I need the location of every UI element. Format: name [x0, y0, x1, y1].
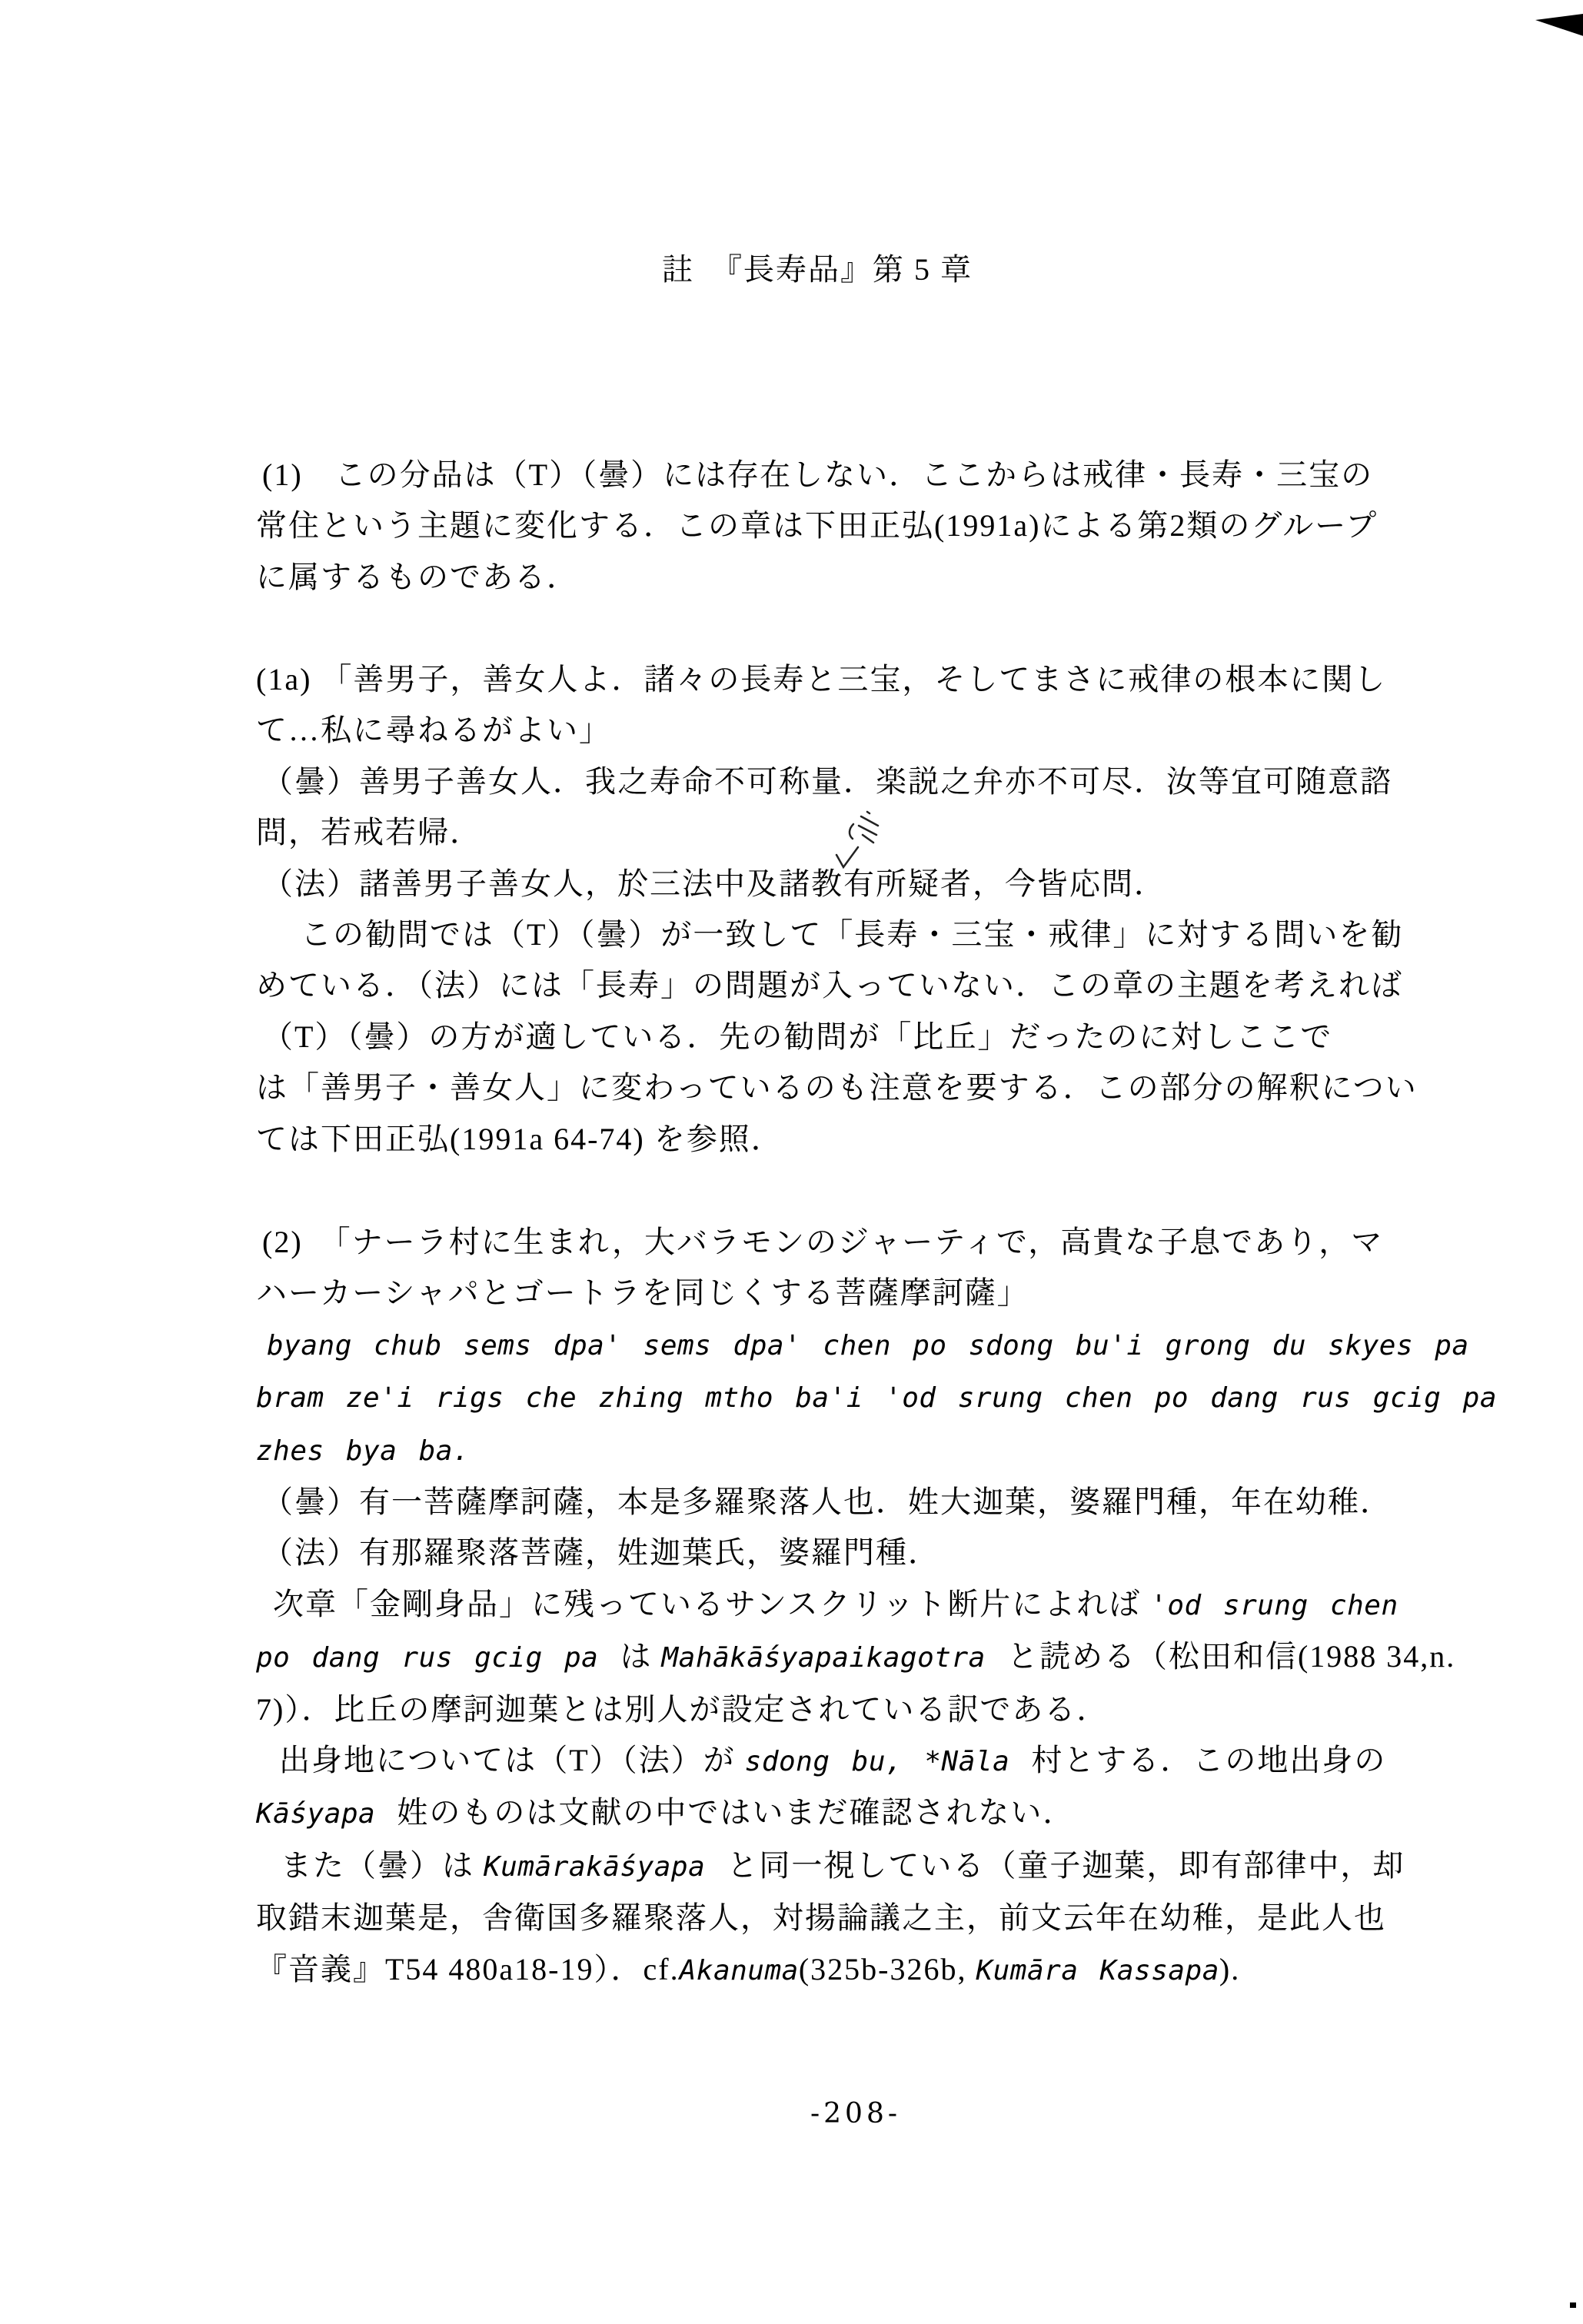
text-segment: zhes bya ba.: [256, 1435, 470, 1467]
text-segment: ハーカーシャパとゴートラを同じくする菩薩摩訶薩」: [256, 1275, 1029, 1310]
text-segment: （T）（曇）の方が適している．先の勧問が「比丘」だったのに対しここで: [262, 1019, 1332, 1054]
text-segment: 姓のものは文献の中ではいまだ確認されない．: [397, 1795, 1075, 1830]
text-line: ハーカーシャパとゴートラを同じくする菩薩摩訶薩」: [256, 1268, 1475, 1318]
page-title: 註 『長寿品』第 5 章: [241, 244, 1394, 295]
text-segment: po dang rus gcig pa: [256, 1642, 620, 1674]
text-segment: sdong bu, *Nāla: [745, 1746, 1032, 1777]
text-segment: めている．（法）には「長寿」の問題が入っていない．この章の主題を考えれば: [256, 968, 1403, 1002]
text-line: 常住という主題に変化する．この章は下田正弘(1991a)による第2類のグループ: [256, 500, 1475, 551]
text-line: (1a) 「善男子，善女人よ．諸々の長寿と三宝，そしてまさに戒律の根本に関し: [256, 654, 1475, 705]
note-1-paragraph: (1) この分品は（T）（曇）には存在しない．ここからは戒律・長寿・三宝の常住と…: [256, 450, 1475, 603]
text-line: この勧問では（T）（曇）が一致して「長寿・三宝・戒律」に対する問いを勧: [256, 909, 1475, 960]
scan-corner-artifact: [1535, 11, 1583, 42]
text-line: （曇）善男子善女人．我之寿命不可称量．楽説之弁亦不可尽．汝等宜可随意諮: [256, 756, 1475, 807]
text-segment: (325b-326b,: [799, 1952, 976, 1987]
text-line: zhes bya ba.: [256, 1425, 1475, 1477]
text-segment: また（曇）は: [281, 1848, 484, 1883]
text-line: byang chub sems dpa' sems dpa' chen po s…: [256, 1319, 1475, 1371]
text-line: po dang rus gcig pa は Mahākāśyapaikagotr…: [256, 1631, 1475, 1684]
text-line: めている．（法）には「長寿」の問題が入っていない．この章の主題を考えれば: [256, 960, 1475, 1011]
text-segment: (2) 「ナーラ村に生まれ，大バラモンのジャーティで，高貴な子息であり，マ: [262, 1225, 1383, 1259]
text-segment: は「善男子・善女人」に変わっているのも注意を要する．この部分の解釈につい: [256, 1070, 1418, 1105]
text-segment: 取錯末迦葉是，舎衛国多羅聚落人，対揚論議之主，前文云年在幼稚，是此人也: [256, 1900, 1386, 1935]
ink-speck-artifact: [1570, 2302, 1576, 2308]
note-2-paragraph: (2) 「ナーラ村に生まれ，大バラモンのジャーティで，高貴な子息であり，マハーカ…: [256, 1217, 1475, 1997]
text-segment: Mahākāśyapaikagotra: [661, 1642, 1006, 1674]
text-segment: と読める（松田和信(1988 34,n.: [1007, 1639, 1455, 1674]
text-segment: と同一視している（童子迦葉，即有部律中，却: [727, 1848, 1405, 1883]
text-segment: （法）諸善男子善女人，於三法中及諸教有所疑者，今皆応問．: [262, 866, 1166, 901]
note-1a-paragraph: (1a) 「善男子，善女人よ．諸々の長寿と三宝，そしてまさに戒律の根本に関して……: [256, 654, 1475, 1165]
text-line: （T）（曇）の方が適している．先の勧問が「比丘」だったのに対しここで: [256, 1012, 1475, 1062]
text-segment: 常住という主題に変化する．この章は下田正弘(1991a)による第2類のグループ: [256, 508, 1378, 543]
text-segment: に属するものである．: [256, 560, 579, 594]
text-line: 次章「金剛身品」に残っているサンスクリット断片によれば 'od srung ch…: [256, 1579, 1475, 1631]
text-segment: byang chub sems dpa' sems dpa' chen po s…: [267, 1330, 1469, 1361]
text-line: （法）有那羅聚落菩薩，姓迦葉氏，婆羅門種．: [256, 1528, 1475, 1578]
text-segment: 村とする．この地出身の: [1031, 1743, 1386, 1777]
text-segment: （曇）善男子善女人．我之寿命不可称量．楽説之弁亦不可尽．汝等宜可随意諮: [262, 764, 1392, 799]
text-segment: て…私に尋ねるがよい」: [256, 713, 611, 747]
text-line: 7)）．比丘の摩訶迦葉とは別人が設定されている訳である．: [256, 1684, 1475, 1735]
text-segment: 出身地については（T）（法）が: [279, 1743, 745, 1777]
text-line: に属するものである．: [256, 552, 1475, 603]
text-line: (2) 「ナーラ村に生まれ，大バラモンのジャーティで，高貴な子息であり，マ: [256, 1217, 1475, 1268]
text-line: また（曇）は Kumārakāśyapa と同一視している（童子迦葉，即有部律中…: [256, 1840, 1475, 1893]
text-line: ては下田正弘(1991a 64-74) を参照．: [256, 1114, 1475, 1165]
scanned-document-page: 註 『長寿品』第 5 章 (1) この分品は（T）（曇）には存在しない．ここから…: [0, 0, 1583, 2324]
text-line: は「善男子・善女人」に変わっているのも注意を要する．この部分の解釈につい: [256, 1062, 1475, 1113]
page-number: -208-: [256, 2097, 1455, 2131]
text-segment: Kāśyapa: [256, 1798, 397, 1830]
text-line: (1) この分品は（T）（曇）には存在しない．ここからは戒律・長寿・三宝の: [256, 450, 1475, 500]
text-line: （曇）有一菩薩摩訶薩，本是多羅聚落人也．姓大迦葉，婆羅門種，年在幼稚．: [256, 1477, 1475, 1528]
text-line: bram ze'i rigs che zhing mtho ba'i 'od s…: [256, 1371, 1475, 1424]
text-line: 取錯末迦葉是，舎衛国多羅聚落人，対揚論議之主，前文云年在幼稚，是此人也: [256, 1893, 1475, 1943]
text-segment: (1) この分品は（T）（曇）には存在しない．ここからは戒律・長寿・三宝の: [262, 457, 1373, 492]
text-segment: ては下田正弘(1991a 64-74) を参照．: [256, 1122, 783, 1156]
text-line: て…私に尋ねるがよい」: [256, 705, 1475, 756]
text-segment: 『音義』T54 480a18-19）．cf.: [256, 1952, 680, 1987]
text-segment: ).: [1219, 1952, 1240, 1987]
text-segment: 7)）．比丘の摩訶迦葉とは別人が設定されている訳である．: [256, 1692, 1109, 1727]
text-segment: 次章「金剛身品」に残っているサンスクリット断片によれば: [273, 1587, 1150, 1621]
text-segment: Kumāra Kassapa: [976, 1955, 1219, 1987]
text-segment: 'od srung chen: [1150, 1590, 1398, 1621]
text-segment: は: [620, 1639, 661, 1674]
text-segment: （法）有那羅聚落菩薩，姓迦葉氏，婆羅門種．: [262, 1535, 940, 1570]
handwritten-annotation: [830, 807, 884, 876]
text-line: 『音義』T54 480a18-19）．cf.Akanuma(325b-326b,…: [256, 1944, 1475, 1997]
text-line: 出身地については（T）（法）が sdong bu, *Nāla 村とする．この地…: [256, 1735, 1475, 1787]
text-segment: Kumārakāśyapa: [484, 1851, 727, 1883]
text-segment: 問，若戒若帰．: [256, 815, 482, 849]
text-line: Kāśyapa 姓のものは文献の中ではいまだ確認されない．: [256, 1787, 1475, 1840]
text-segment: bram ze'i rigs che zhing mtho ba'i 'od s…: [256, 1382, 1497, 1414]
text-segment: Akanuma: [680, 1955, 799, 1987]
text-segment: （曇）有一菩薩摩訶薩，本是多羅聚落人也．姓大迦葉，婆羅門種，年在幼稚．: [262, 1485, 1392, 1519]
text-segment: この勧問では（T）（曇）が一致して「長寿・三宝・戒律」に対する問いを勧: [301, 917, 1403, 952]
text-segment: (1a) 「善男子，善女人よ．諸々の長寿と三宝，そしてまさに戒律の根本に関し: [256, 662, 1386, 697]
